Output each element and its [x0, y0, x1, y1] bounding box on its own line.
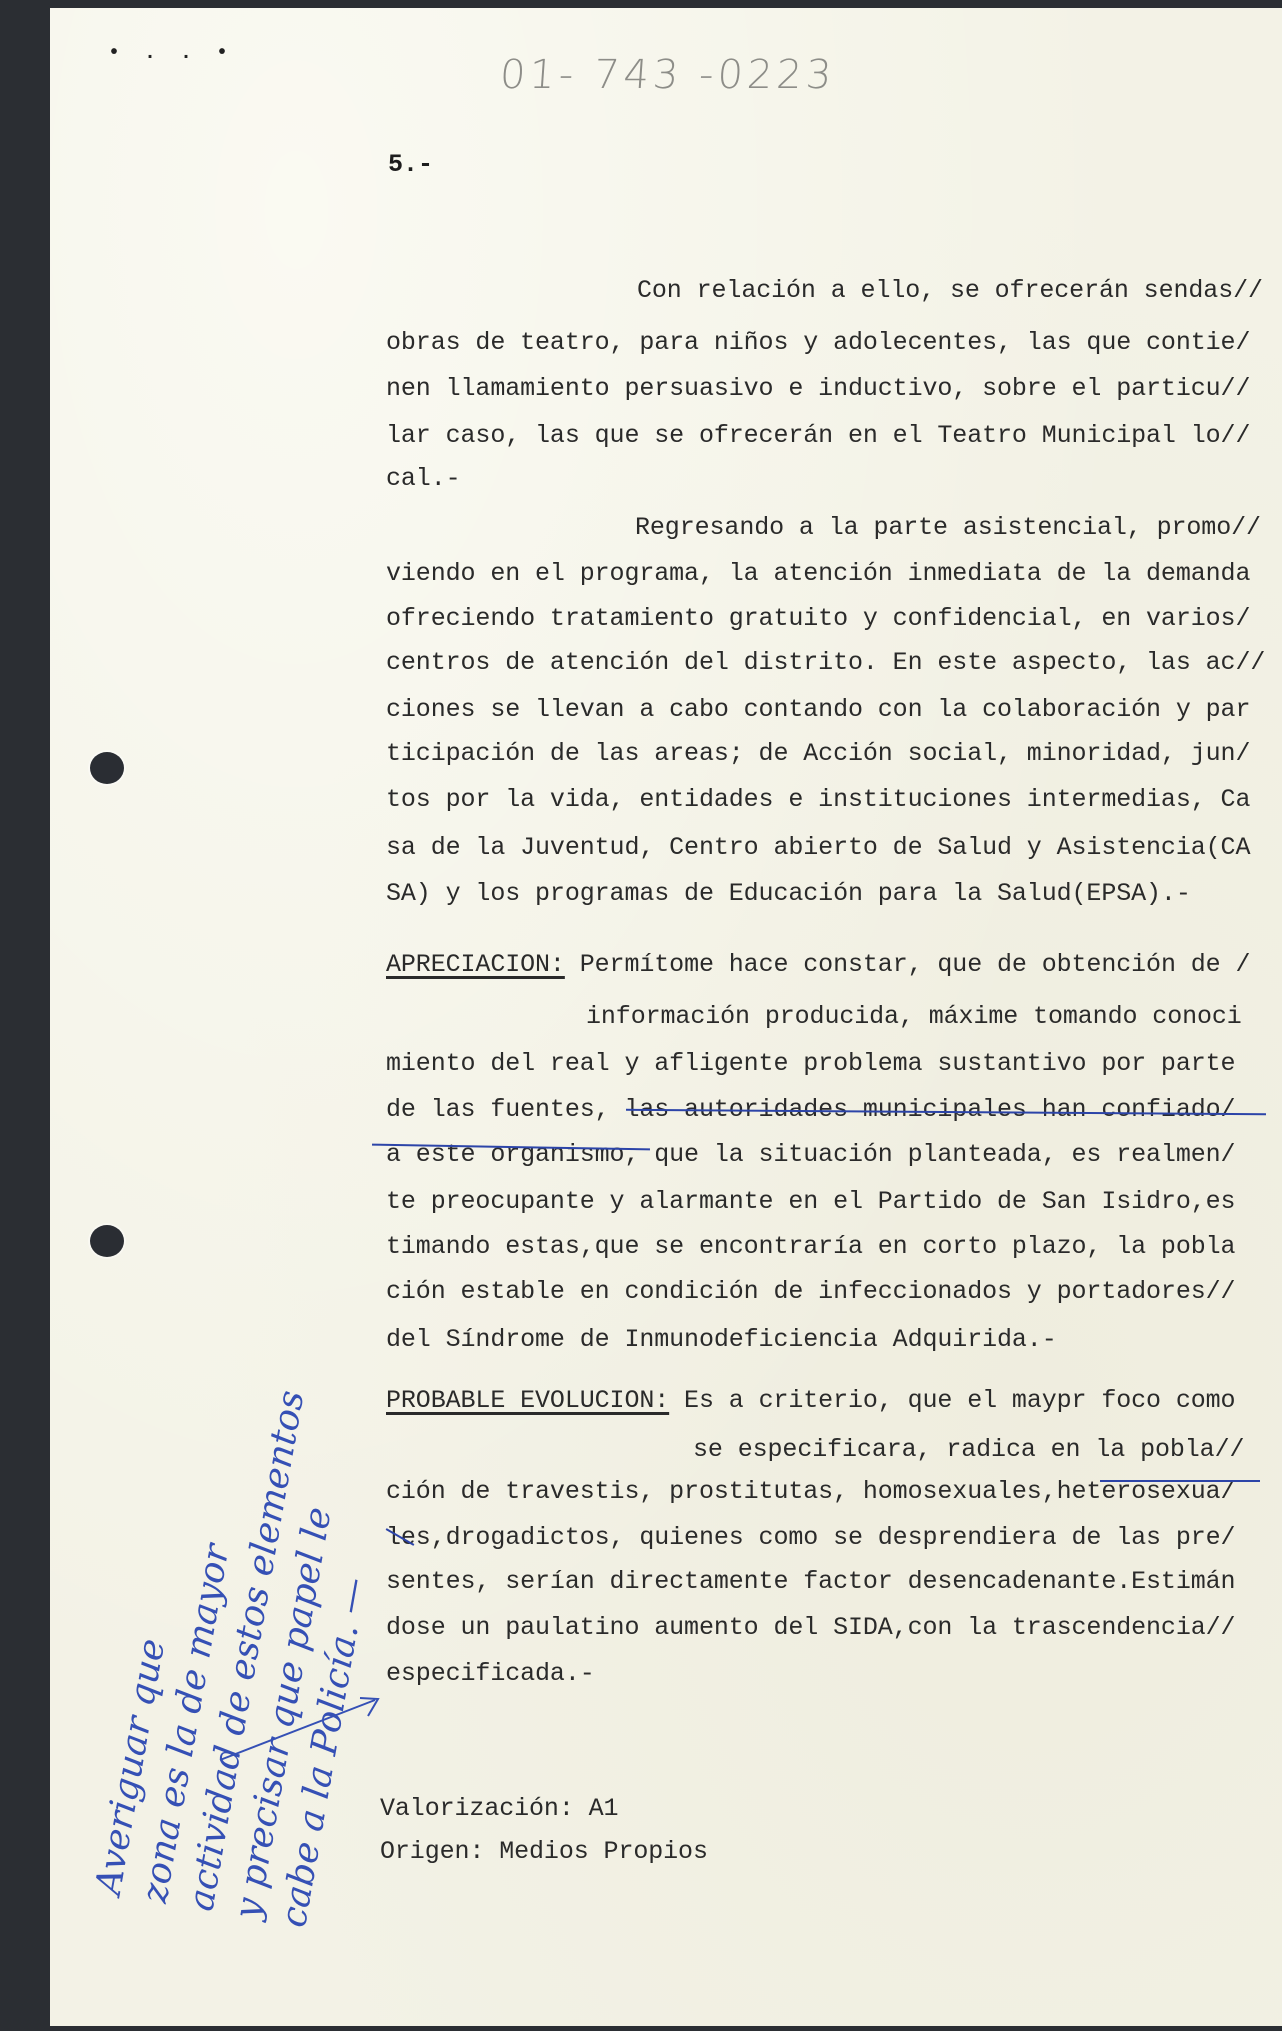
apreciacion-heading: APRECIACION: [386, 950, 565, 979]
punch-hole-top [90, 752, 124, 784]
text-line-struck: a este organismo, que la situación plant… [386, 1140, 1235, 1170]
archive-number: 01- 743 -0223 [498, 52, 837, 98]
valorizacion-line: Valorización: A1 [380, 1794, 618, 1824]
text-line: del Síndrome de Inmunodeficiencia Adquir… [386, 1325, 1057, 1355]
text-line: ofreciendo tratamiento gratuito y confid… [386, 604, 1250, 634]
text-line: viendo en el programa, la atención inmed… [386, 559, 1250, 589]
text-line: sentes, serían directamente factor desen… [386, 1567, 1235, 1597]
evolucion-first-line: PROBABLE EVOLUCION: Es a criterio, que e… [386, 1386, 1235, 1416]
text-line: SA) y los programas de Educación para la… [386, 879, 1191, 909]
text-line: tos por la vida, entidades e institucion… [386, 785, 1250, 815]
evolucion-heading: PROBABLE EVOLUCION: [386, 1386, 669, 1415]
text-line: ciones se llevan a cabo contando con la … [386, 695, 1250, 725]
text-line: Regresando a la parte asistencial, promo… [635, 513, 1261, 543]
text-line: ción estable en condición de infeccionad… [386, 1277, 1235, 1307]
text-line: Con relación a ello, se ofrecerán sendas… [637, 276, 1263, 306]
origen-line: Origen: Medios Propios [380, 1837, 708, 1867]
apreciacion-first-line: APRECIACION: Permítome hace constar, que… [386, 950, 1250, 980]
text-line: miento del real y afligente problema sus… [386, 1049, 1235, 1079]
text-line: timando estas,que se encontraría en cort… [386, 1232, 1235, 1262]
page-number: 5.- [388, 150, 433, 179]
text-line: obras de teatro, para niños y adolecente… [386, 328, 1250, 358]
text-line: te preocupante y alarmante en el Partido… [386, 1187, 1235, 1217]
text-line: especificada.- [386, 1659, 595, 1689]
corner-marks: • . . • [108, 42, 234, 65]
text-line: dose un paulatino aumento del SIDA,con l… [386, 1613, 1235, 1643]
arrow-icon [210, 1690, 390, 1770]
text-line: ticipación de las areas; de Acción socia… [386, 739, 1250, 769]
text-line-struck: les,drogadictos, quienes como se despren… [386, 1523, 1235, 1553]
text-line: lar caso, las que se ofrecerán en el Tea… [386, 421, 1250, 451]
text-line: cal.- [386, 464, 461, 494]
text-line: nen llamamiento persuasivo e inductivo, … [386, 374, 1250, 404]
text-line: centros de atención del distrito. En est… [386, 648, 1265, 678]
text-line: sa de la Juventud, Centro abierto de Sal… [386, 833, 1250, 863]
punch-hole-bottom [90, 1225, 124, 1257]
strikethrough-mark [1100, 1480, 1260, 1482]
text-line: se especificara, radica en la pobla// [693, 1435, 1244, 1465]
text-line: información producida, máxime tomando co… [586, 1002, 1242, 1032]
